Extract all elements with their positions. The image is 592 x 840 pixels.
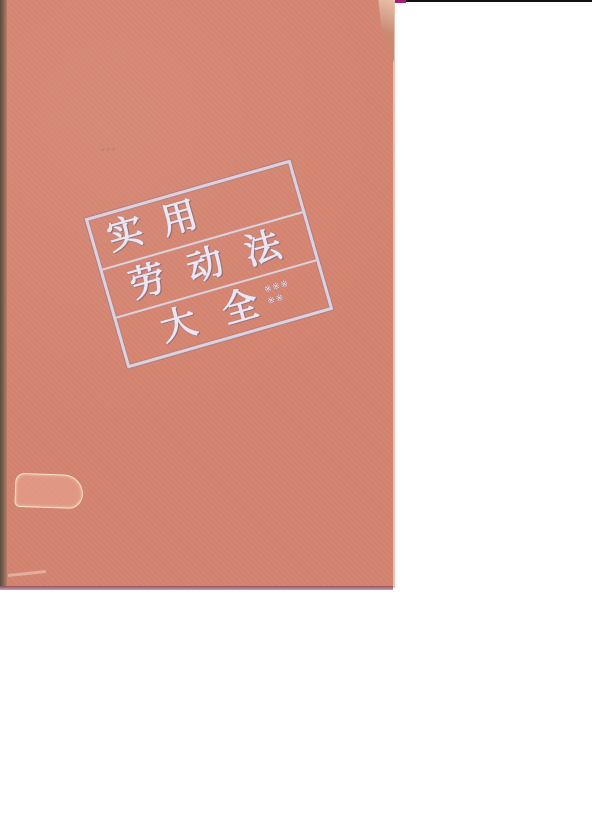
title-char: 大 bbox=[156, 302, 202, 350]
spine-edge bbox=[0, 0, 7, 588]
cover-bottom-edge bbox=[0, 586, 393, 590]
title-char: 动 bbox=[183, 242, 229, 290]
scan-top-edge bbox=[398, 0, 592, 2]
book-cover: … 实 用 劳 动 法 大 全 ※※※ ※※ bbox=[0, 0, 393, 588]
scan-top-accent bbox=[394, 0, 406, 3]
title-char: 劳 bbox=[125, 258, 171, 306]
cover-scuff bbox=[8, 570, 46, 577]
title-char: 实 bbox=[103, 211, 149, 259]
handwritten-mark: … bbox=[99, 134, 119, 154]
worn-corner bbox=[368, 0, 394, 62]
title-char: 全 bbox=[218, 284, 264, 332]
author-mark: ※※※ ※※ bbox=[263, 274, 308, 308]
title-char: 法 bbox=[240, 225, 286, 273]
title-char: 用 bbox=[157, 195, 203, 243]
title-stamp: 实 用 劳 动 法 大 全 ※※※ ※※ bbox=[85, 160, 334, 369]
cover-tear bbox=[14, 473, 83, 509]
